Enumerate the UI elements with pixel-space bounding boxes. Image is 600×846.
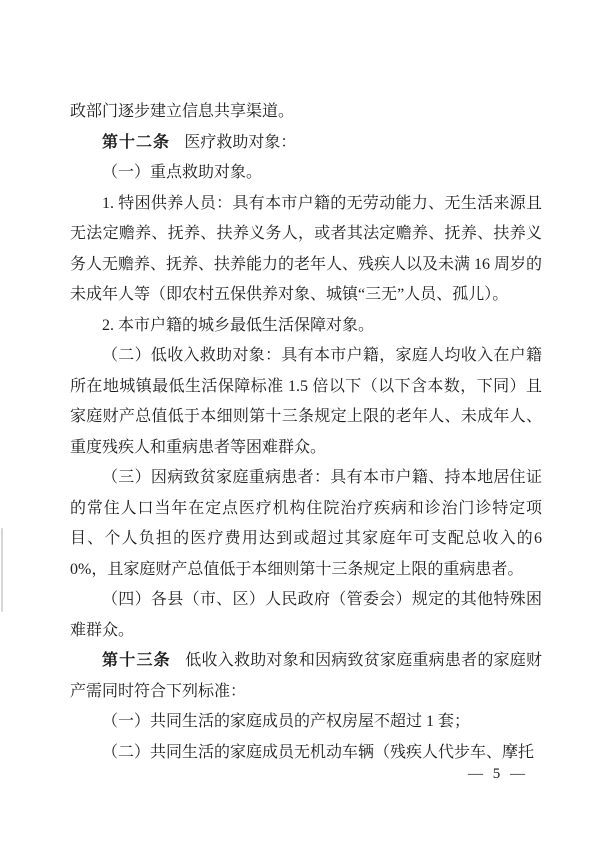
paragraph: （二）共同生活的家庭成员无机动车辆（残疾人代步车、摩托 [70, 738, 542, 769]
article-paragraph: 第十二条医疗救助对象： [70, 128, 542, 159]
document-page: 政部门逐步建立信息共享渠道。第十二条医疗救助对象：（一）重点救助对象。1. 特困… [0, 0, 600, 846]
article-paragraph: 第十三条低收入救助对象和因病致贫家庭重病患者的家庭财产需同时符合下列标准： [70, 646, 542, 707]
paragraph: （一）共同生活的家庭成员的产权房屋不超过 1 套； [70, 707, 542, 738]
paragraph: 2. 本市户籍的城乡最低生活保障对象。 [70, 311, 542, 342]
article-number: 第十三条 [102, 652, 171, 669]
article-number: 第十二条 [102, 134, 170, 151]
paragraph: （一）重点救助对象。 [70, 158, 542, 189]
paragraph: （四）各县（市、区）人民政府（管委会）规定的其他特殊困难群众。 [70, 585, 542, 646]
paragraph: 1. 特困供养人员：具有本市户籍的无劳动能力、无生活来源且无法定赡养、抚养、扶养… [70, 189, 542, 311]
paragraph-text: （一）重点救助对象。 [102, 164, 262, 181]
paragraph-text: （三）因病致贫家庭重病患者：具有本市户籍、持本地居住证的常住人口当年在定点医疗机… [70, 469, 542, 578]
page-number: — 5 — [468, 766, 528, 783]
document-body: 政部门逐步建立信息共享渠道。第十二条医疗救助对象：（一）重点救助对象。1. 特困… [70, 97, 542, 768]
paragraph-text: （二）共同生活的家庭成员无机动车辆（残疾人代步车、摩托 [102, 744, 534, 761]
paragraph-text: （四）各县（市、区）人民政府（管委会）规定的其他特殊困难群众。 [70, 591, 542, 639]
paragraph: 政部门逐步建立信息共享渠道。 [70, 97, 542, 128]
paragraph-text: （一）共同生活的家庭成员的产权房屋不超过 1 套； [102, 713, 470, 730]
scan-artifact [1, 528, 3, 612]
paragraph-text: 1. 特困供养人员：具有本市户籍的无劳动能力、无生活来源且无法定赡养、抚养、扶养… [70, 195, 542, 304]
paragraph-text: 政部门逐步建立信息共享渠道。 [70, 103, 294, 120]
paragraph-text: （二）低收入救助对象：具有本市户籍，家庭人均收入在户籍所在地城镇最低生活保障标准… [70, 347, 542, 456]
paragraph: （二）低收入救助对象：具有本市户籍，家庭人均收入在户籍所在地城镇最低生活保障标准… [70, 341, 542, 463]
paragraph-text: 医疗救助对象： [184, 134, 296, 151]
paragraph-text: 2. 本市户籍的城乡最低生活保障对象。 [102, 317, 374, 334]
paragraph: （三）因病致贫家庭重病患者：具有本市户籍、持本地居住证的常住人口当年在定点医疗机… [70, 463, 542, 585]
